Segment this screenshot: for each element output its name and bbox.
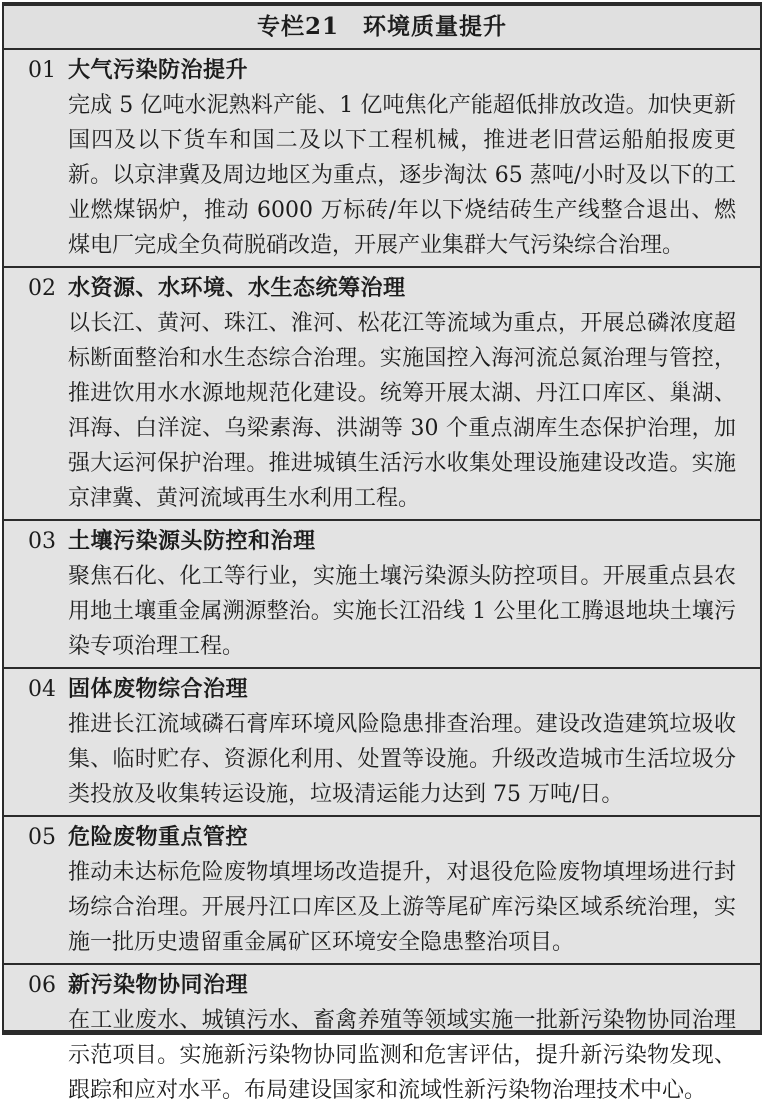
section-header: 03 土壤污染源头防控和治理 xyxy=(28,524,736,559)
section-number: 05 xyxy=(28,820,68,855)
section-solid-waste: 04 固体废物综合治理 推进长江流域磷石膏库环境风险隐患排查治理。建设改造建筑垃… xyxy=(4,669,760,817)
section-number: 06 xyxy=(28,968,68,1003)
feature-box-panel: 专栏21 环境质量提升 01 大气污染防治提升 完成 5 亿吨水泥熟料产能、1 … xyxy=(2,2,762,1035)
section-header: 02 水资源、水环境、水生态统筹治理 xyxy=(28,271,736,306)
section-water: 02 水资源、水环境、水生态统筹治理 以长江、黄河、珠江、淮河、松花江等流域为重… xyxy=(4,268,760,521)
page: { "panel": { "title": "专栏21 环境质量提升", "co… xyxy=(0,0,768,1042)
section-body: 聚焦石化、化工等行业，实施土壤污染源头防控项目。开展重点县农用地土壤重金属溯源整… xyxy=(68,559,736,664)
section-header: 04 固体废物综合治理 xyxy=(28,672,736,707)
section-body: 推动未达标危险废物填埋场改造提升，对退役危险废物填埋场进行封场综合治理。开展丹江… xyxy=(68,855,736,960)
section-body: 完成 5 亿吨水泥熟料产能、1 亿吨焦化产能超低排放改造。加快更新国四及以下货车… xyxy=(68,88,736,263)
section-header: 01 大气污染防治提升 xyxy=(28,53,736,88)
section-title: 新污染物协同治理 xyxy=(68,968,248,1003)
panel-title: 专栏21 环境质量提升 xyxy=(4,6,760,50)
section-number: 02 xyxy=(28,271,68,306)
section-number: 01 xyxy=(28,53,68,88)
section-title: 固体废物综合治理 xyxy=(68,672,248,707)
section-title: 大气污染防治提升 xyxy=(68,53,248,88)
section-header: 06 新污染物协同治理 xyxy=(28,968,736,1003)
section-header: 05 危险废物重点管控 xyxy=(28,820,736,855)
section-title: 水资源、水环境、水生态统筹治理 xyxy=(68,271,406,306)
section-body: 在工业废水、城镇污水、畜禽养殖等领域实施一批新污染物协同治理示范项目。实施新污染… xyxy=(68,1003,736,1108)
section-title: 土壤污染源头防控和治理 xyxy=(68,524,316,559)
section-hazardous-waste: 05 危险废物重点管控 推动未达标危险废物填埋场改造提升，对退役危险废物填埋场进… xyxy=(4,817,760,965)
section-number: 04 xyxy=(28,672,68,707)
section-body: 推进长江流域磷石膏库环境风险隐患排查治理。建设改造建筑垃圾收集、临时贮存、资源化… xyxy=(68,707,736,812)
section-new-pollutants: 06 新污染物协同治理 在工业废水、城镇污水、畜禽养殖等领域实施一批新污染物协同… xyxy=(4,965,760,1111)
section-body: 以长江、黄河、珠江、淮河、松花江等流域为重点，开展总磷浓度超标断面整治和水生态综… xyxy=(68,306,736,516)
section-soil: 03 土壤污染源头防控和治理 聚焦石化、化工等行业，实施土壤污染源头防控项目。开… xyxy=(4,521,760,669)
section-title: 危险废物重点管控 xyxy=(68,820,248,855)
section-number: 03 xyxy=(28,524,68,559)
section-air-pollution: 01 大气污染防治提升 完成 5 亿吨水泥熟料产能、1 亿吨焦化产能超低排放改造… xyxy=(4,50,760,268)
